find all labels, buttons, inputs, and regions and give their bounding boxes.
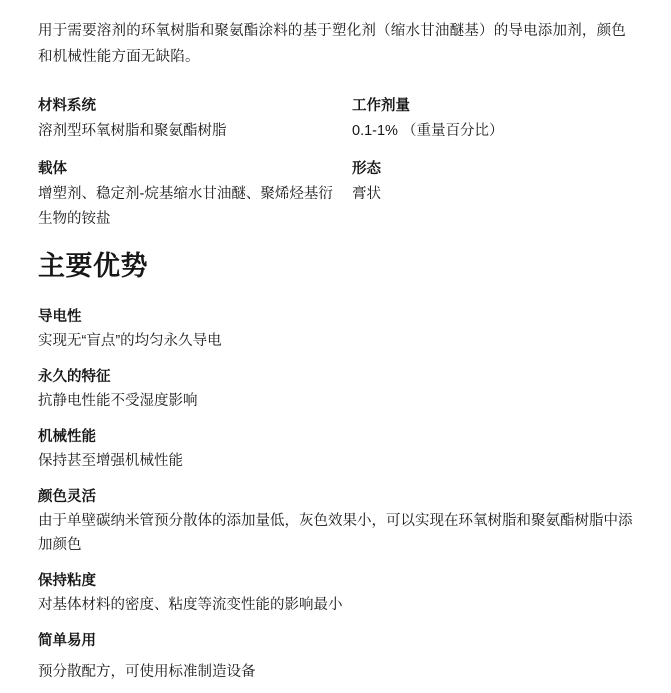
intro-paragraph: 用于需要溶剂的环氧树脂和聚氨酯涂料的基于塑化剂（缩水甘油醚基）的导电添加剂，颜色… <box>38 18 633 70</box>
advantage-label: 导电性 <box>38 305 633 329</box>
spec-value: 增塑剂、稳定剂-烷基缩水甘油醚、聚烯烃基衍生物的铵盐 <box>38 182 340 232</box>
advantage-item-color-flexibility: 颜色灵活 由于单壁碳纳米管预分散体的添加量低，灰色效果小，可以实现在环氧树脂和聚… <box>38 485 633 557</box>
advantage-label: 永久的特征 <box>38 365 633 389</box>
spec-label: 载体 <box>38 157 352 182</box>
specs-grid: 材料系统 溶剂型环氧树脂和聚氨酯树脂 工作剂量 0.1-1% （重量百分比） 载… <box>38 94 633 232</box>
advantage-body: 保持甚至增强机械性能 <box>38 449 633 473</box>
spec-item-form: 形态 膏状 <box>352 157 633 232</box>
advantage-item-conductivity: 导电性 实现无“盲点”的均匀永久导电 <box>38 305 633 353</box>
advantage-body: 对基体材料的密度、粘度等流变性能的影响最小 <box>38 593 633 617</box>
advantages-heading: 主要优势 <box>38 248 633 284</box>
advantage-body: 抗静电性能不受湿度影响 <box>38 389 633 413</box>
spec-value: 溶剂型环氧树脂和聚氨酯树脂 <box>38 119 340 144</box>
spec-label: 工作剂量 <box>352 94 633 119</box>
advantage-label: 保持粘度 <box>38 569 633 593</box>
spec-value: 0.1-1% （重量百分比） <box>352 119 633 144</box>
spec-item-material-system: 材料系统 溶剂型环氧树脂和聚氨酯树脂 <box>38 94 352 144</box>
spec-item-working-dosage: 工作剂量 0.1-1% （重量百分比） <box>352 94 633 144</box>
advantage-item-permanent-performance: 永久的特征 抗静电性能不受湿度影响 <box>38 365 633 413</box>
advantages-list: 导电性 实现无“盲点”的均匀永久导电 永久的特征 抗静电性能不受湿度影响 机械性… <box>38 305 633 684</box>
advantage-body: 预分散配方，可使用标准制造设备 <box>38 660 633 684</box>
spec-item-carrier: 载体 增塑剂、稳定剂-烷基缩水甘油醚、聚烯烃基衍生物的铵盐 <box>38 157 352 232</box>
advantage-item-mechanical-properties: 机械性能 保持甚至增强机械性能 <box>38 425 633 473</box>
advantage-item-ease-of-use: 简单易用 预分散配方，可使用标准制造设备 <box>38 629 633 684</box>
spec-label: 形态 <box>352 157 633 182</box>
advantage-body: 由于单壁碳纳米管预分散体的添加量低，灰色效果小，可以实现在环氧树脂和聚氨酯树脂中… <box>38 509 633 557</box>
advantage-label: 机械性能 <box>38 425 633 449</box>
advantage-item-viscosity-retention: 保持粘度 对基体材料的密度、粘度等流变性能的影响最小 <box>38 569 633 617</box>
advantage-body: 实现无“盲点”的均匀永久导电 <box>38 329 633 353</box>
product-info-page: 用于需要溶剂的环氧树脂和聚氨酯涂料的基于塑化剂（缩水甘油醚基）的导电添加剂，颜色… <box>0 0 671 684</box>
advantage-label: 简单易用 <box>38 629 633 653</box>
spec-label: 材料系统 <box>38 94 352 119</box>
spec-value: 膏状 <box>352 182 633 207</box>
advantage-label: 颜色灵活 <box>38 485 633 509</box>
